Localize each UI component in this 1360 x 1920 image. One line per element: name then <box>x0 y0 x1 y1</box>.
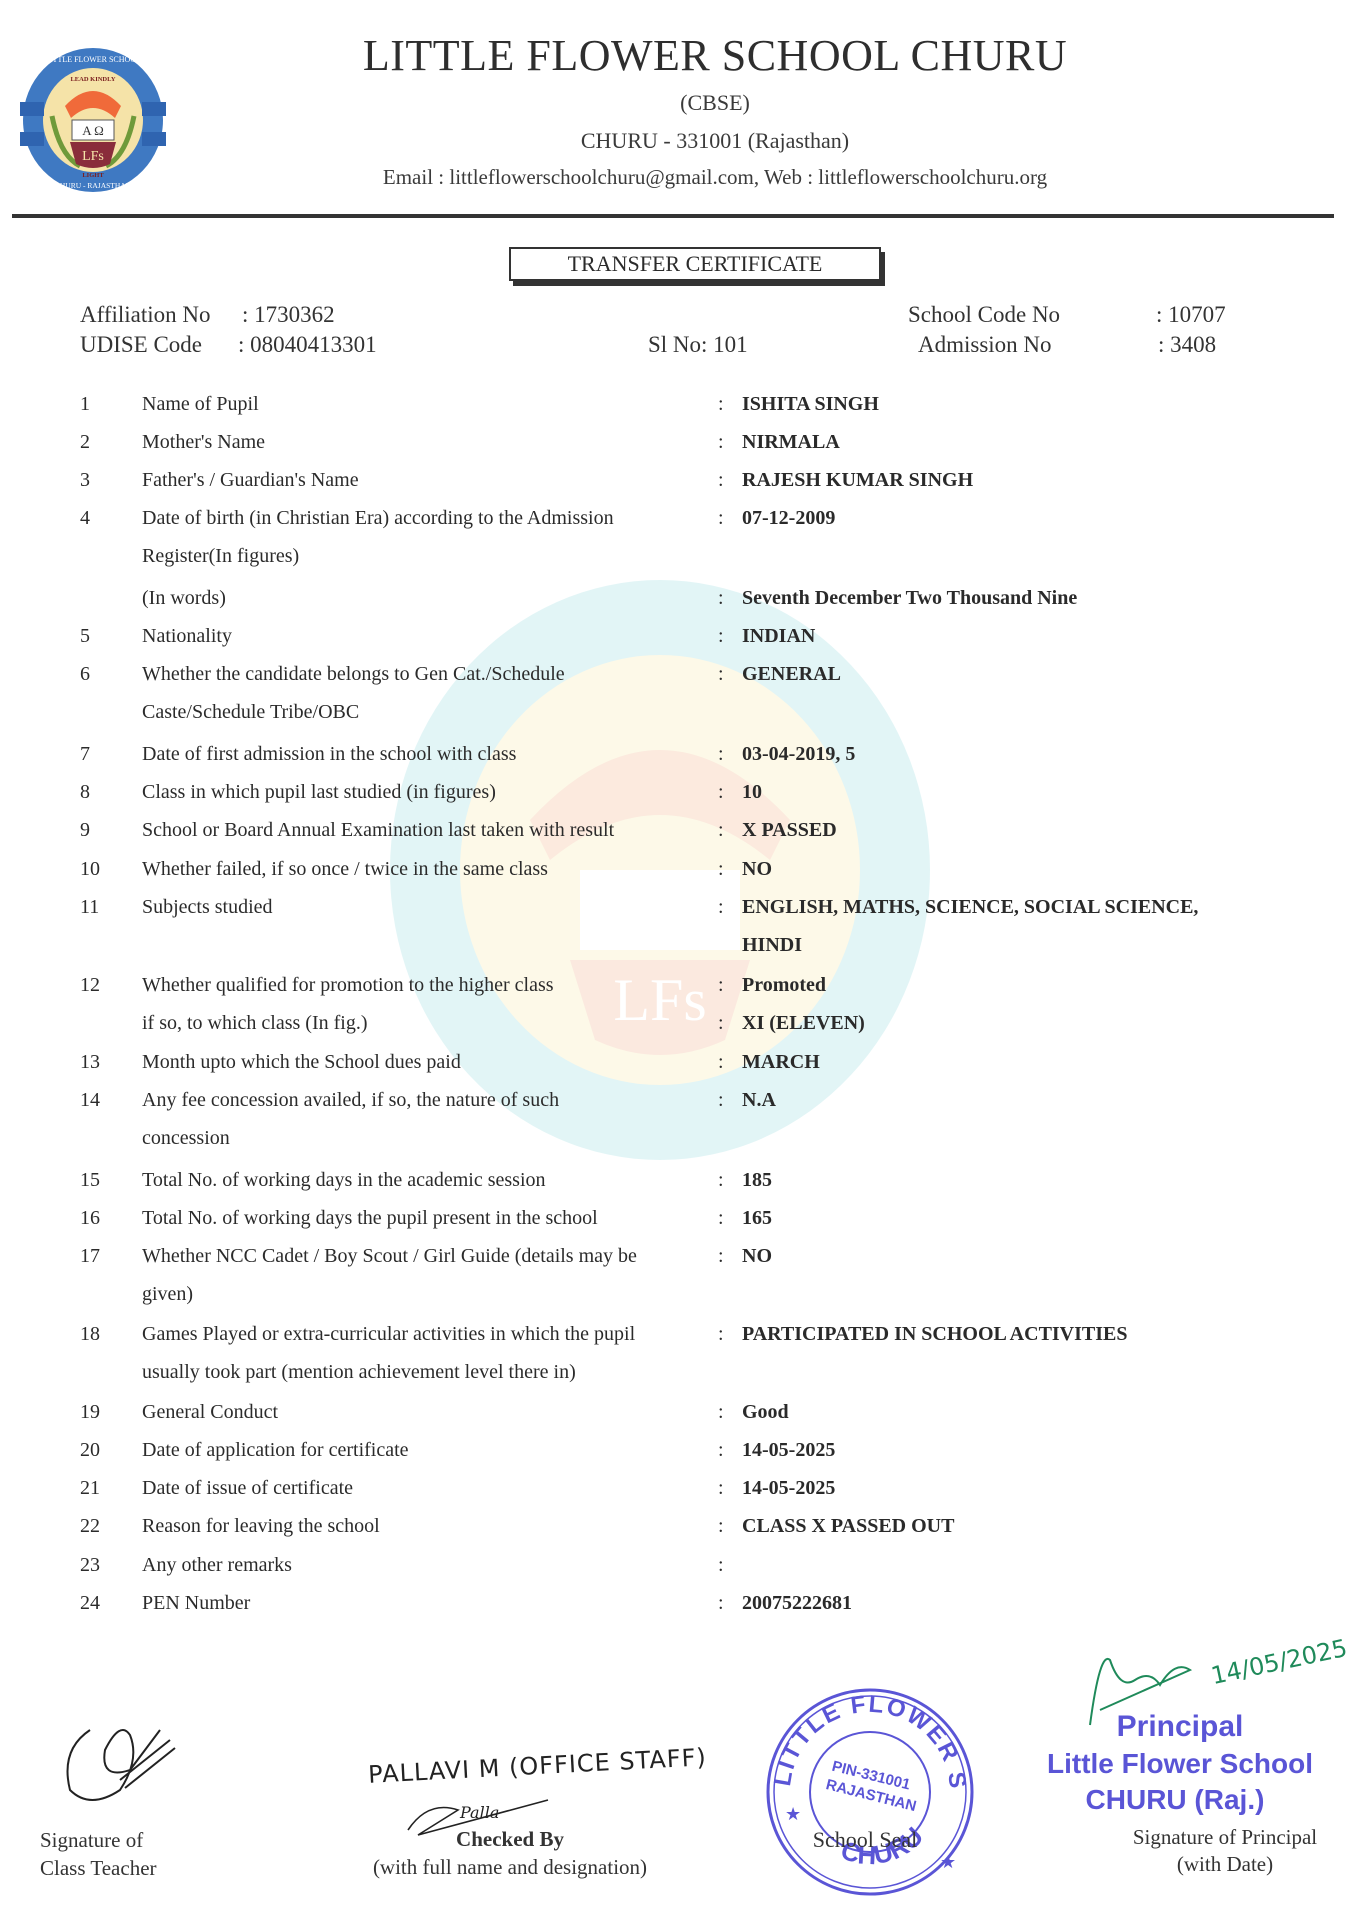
row-value: 03-04-2019, 5 <box>742 742 1262 766</box>
school-seal-label: School Seal <box>780 1827 950 1853</box>
row-colon: : <box>718 586 724 610</box>
row-value: MARCH <box>742 1050 1262 1074</box>
row-colon: : <box>718 662 724 686</box>
row-number: 19 <box>80 1400 120 1424</box>
school-code-value: : 10707 <box>1156 302 1226 328</box>
row-colon: : <box>718 973 724 997</box>
row-label: Date of issue of certificate <box>142 1476 712 1500</box>
row-colon: : <box>718 1088 724 1112</box>
certificate-title: TRANSFER CERTIFICATE <box>509 247 881 281</box>
class-teacher-signature <box>60 1710 190 1810</box>
row-number: 5 <box>80 624 120 648</box>
principal-stamp-line1: Principal <box>1100 1710 1260 1744</box>
row-number: 12 <box>80 973 120 997</box>
row-value: RAJESH KUMAR SINGH <box>742 468 1262 492</box>
class-teacher-label-1: Signature of <box>40 1828 190 1853</box>
row-label: Date of birth (in Christian Era) accordi… <box>142 506 712 530</box>
row-label: General Conduct <box>142 1400 712 1424</box>
row-colon: : <box>718 857 724 881</box>
row-colon: : <box>718 818 724 842</box>
class-teacher-label-2: Class Teacher <box>40 1856 190 1881</box>
row-value: ENGLISH, MATHS, SCIENCE, SOCIAL SCIENCE, <box>742 895 1262 919</box>
checked-by-label: Checked By <box>330 1827 690 1852</box>
row-label: Whether qualified for promotion to the h… <box>142 973 712 997</box>
row-label: Father's / Guardian's Name <box>142 468 712 492</box>
row-colon: : <box>718 742 724 766</box>
row-value: NIRMALA <box>742 430 1262 454</box>
row-number: 14 <box>80 1088 120 1112</box>
udise-value: : 08040413301 <box>238 332 377 358</box>
row-colon: : <box>718 780 724 804</box>
row-value: INDIAN <box>742 624 1262 648</box>
row-number: 23 <box>80 1553 120 1577</box>
row-colon: : <box>718 392 724 416</box>
svg-text:★: ★ <box>940 1852 956 1872</box>
row-value: 10 <box>742 780 1262 804</box>
row-label: Date of first admission in the school wi… <box>142 742 712 766</box>
row-number: 7 <box>80 742 120 766</box>
row-label: Nationality <box>142 624 712 648</box>
svg-text:Palla: Palla <box>459 1803 499 1822</box>
serial-number: Sl No: 101 <box>648 332 748 358</box>
row-label: Whether NCC Cadet / Boy Scout / Girl Gui… <box>142 1244 712 1268</box>
row-value: NO <box>742 857 1262 881</box>
row-colon: : <box>718 1011 724 1035</box>
row-number: 8 <box>80 780 120 804</box>
row-colon: : <box>718 1438 724 1462</box>
school-name: LITTLE FLOWER SCHOOL CHURU <box>0 30 1360 81</box>
row-value: Promoted <box>742 973 1262 997</box>
row-colon: : <box>718 506 724 530</box>
row-value: CLASS X PASSED OUT <box>742 1514 1262 1538</box>
row-number: 17 <box>80 1244 120 1268</box>
row-value: NO <box>742 1244 1262 1268</box>
row-value: Good <box>742 1400 1262 1424</box>
row-label: Mother's Name <box>142 430 712 454</box>
row-label: School or Board Annual Examination last … <box>142 818 712 842</box>
row-number: 13 <box>80 1050 120 1074</box>
row-number: 9 <box>80 818 120 842</box>
row-label-continued: usually took part (mention achievement l… <box>142 1360 712 1384</box>
row-label: Name of Pupil <box>142 392 712 416</box>
row-colon: : <box>718 1168 724 1192</box>
row-label: Subjects studied <box>142 895 712 919</box>
row-number: 11 <box>80 895 120 919</box>
row-label: Date of application for certificate <box>142 1438 712 1462</box>
row-colon: : <box>718 1400 724 1424</box>
row-value: Seventh December Two Thousand Nine <box>742 586 1262 610</box>
row-colon: : <box>718 1553 724 1577</box>
row-value: GENERAL <box>742 662 1262 686</box>
affiliation-label: Affiliation No <box>80 302 211 328</box>
row-number: 10 <box>80 857 120 881</box>
row-colon: : <box>718 1591 724 1615</box>
row-number: 20 <box>80 1438 120 1462</box>
row-value: 14-05-2025 <box>742 1476 1262 1500</box>
row-number: 21 <box>80 1476 120 1500</box>
row-number: 16 <box>80 1206 120 1230</box>
school-address: CHURU - 331001 (Rajasthan) <box>0 128 1360 154</box>
row-label: Any fee concession availed, if so, the n… <box>142 1088 712 1112</box>
row-value: XI (ELEVEN) <box>742 1011 1262 1035</box>
principal-stamp-line2: Little Flower School <box>1030 1748 1330 1780</box>
row-number: 1 <box>80 392 120 416</box>
seal-stamp-icon: LITTLE FLOWER SCHOOL CHURU ★ ★ PIN-33100… <box>760 1680 980 1905</box>
row-number: 24 <box>80 1591 120 1615</box>
row-colon: : <box>718 895 724 919</box>
school-board: (CBSE) <box>0 90 1360 116</box>
row-number: 18 <box>80 1322 120 1346</box>
row-number: 22 <box>80 1514 120 1538</box>
row-value: PARTICIPATED IN SCHOOL ACTIVITIES <box>742 1322 1262 1346</box>
header-divider <box>12 214 1334 218</box>
row-value: ISHITA SINGH <box>742 392 1262 416</box>
school-contact: Email : littleflowerschoolchuru@gmail.co… <box>0 165 1360 190</box>
row-label-continued: given) <box>142 1282 712 1306</box>
checked-by-handwritten-name: PALLAVI M (OFFICE STAFF) <box>367 1743 707 1789</box>
row-colon: : <box>718 624 724 648</box>
row-label: Month upto which the School dues paid <box>142 1050 712 1074</box>
row-value: N.A <box>742 1088 1262 1112</box>
school-seal: LITTLE FLOWER SCHOOL CHURU ★ ★ PIN-33100… <box>760 1680 980 1905</box>
row-colon: : <box>718 1476 724 1500</box>
row-label-continued: Caste/Schedule Tribe/OBC <box>142 700 712 724</box>
row-colon: : <box>718 1322 724 1346</box>
row-number: 3 <box>80 468 120 492</box>
principal-label: Signature of Principal <box>1100 1825 1350 1850</box>
udise-label: UDISE Code <box>80 332 202 358</box>
row-label: Class in which pupil last studied (in fi… <box>142 780 712 804</box>
row-label: Whether the candidate belongs to Gen Cat… <box>142 662 712 686</box>
row-number: 2 <box>80 430 120 454</box>
row-colon: : <box>718 1244 724 1268</box>
row-value-continued: HINDI <box>742 933 1262 957</box>
principal-stamp-line3: CHURU (Raj.) <box>1060 1784 1290 1816</box>
row-colon: : <box>718 1206 724 1230</box>
handwritten-signature-icon <box>60 1710 190 1810</box>
row-number: 6 <box>80 662 120 686</box>
row-label: (In words) <box>142 586 712 610</box>
row-colon: : <box>718 430 724 454</box>
row-colon: : <box>718 1514 724 1538</box>
row-colon: : <box>718 1050 724 1074</box>
row-label: if so, to which class (In fig.) <box>142 1011 712 1035</box>
checked-by-sublabel: (with full name and designation) <box>300 1855 720 1880</box>
row-number: 4 <box>80 506 120 530</box>
row-number: 15 <box>80 1168 120 1192</box>
row-value: 165 <box>742 1206 1262 1230</box>
school-code-label: School Code No <box>908 302 1060 328</box>
row-label-continued: Register(In figures) <box>142 544 712 568</box>
row-label: Any other remarks <box>142 1553 712 1577</box>
row-colon: : <box>718 468 724 492</box>
admission-label: Admission No <box>918 332 1052 358</box>
svg-text:★: ★ <box>785 1804 801 1824</box>
row-value: X PASSED <box>742 818 1262 842</box>
row-value: 14-05-2025 <box>742 1438 1262 1462</box>
row-value: 20075222681 <box>742 1591 1262 1615</box>
row-label: Total No. of working days the pupil pres… <box>142 1206 712 1230</box>
principal-sublabel: (with Date) <box>1100 1852 1350 1877</box>
admission-value: : 3408 <box>1158 332 1216 358</box>
row-label: Whether failed, if so once / twice in th… <box>142 857 712 881</box>
row-label: Games Played or extra-curricular activit… <box>142 1322 712 1346</box>
row-value: 07-12-2009 <box>742 506 1262 530</box>
row-label: Reason for leaving the school <box>142 1514 712 1538</box>
row-value: 185 <box>742 1168 1262 1192</box>
row-label: PEN Number <box>142 1591 712 1615</box>
affiliation-value: : 1730362 <box>242 302 335 328</box>
row-label: Total No. of working days in the academi… <box>142 1168 712 1192</box>
row-label-continued: concession <box>142 1126 712 1150</box>
